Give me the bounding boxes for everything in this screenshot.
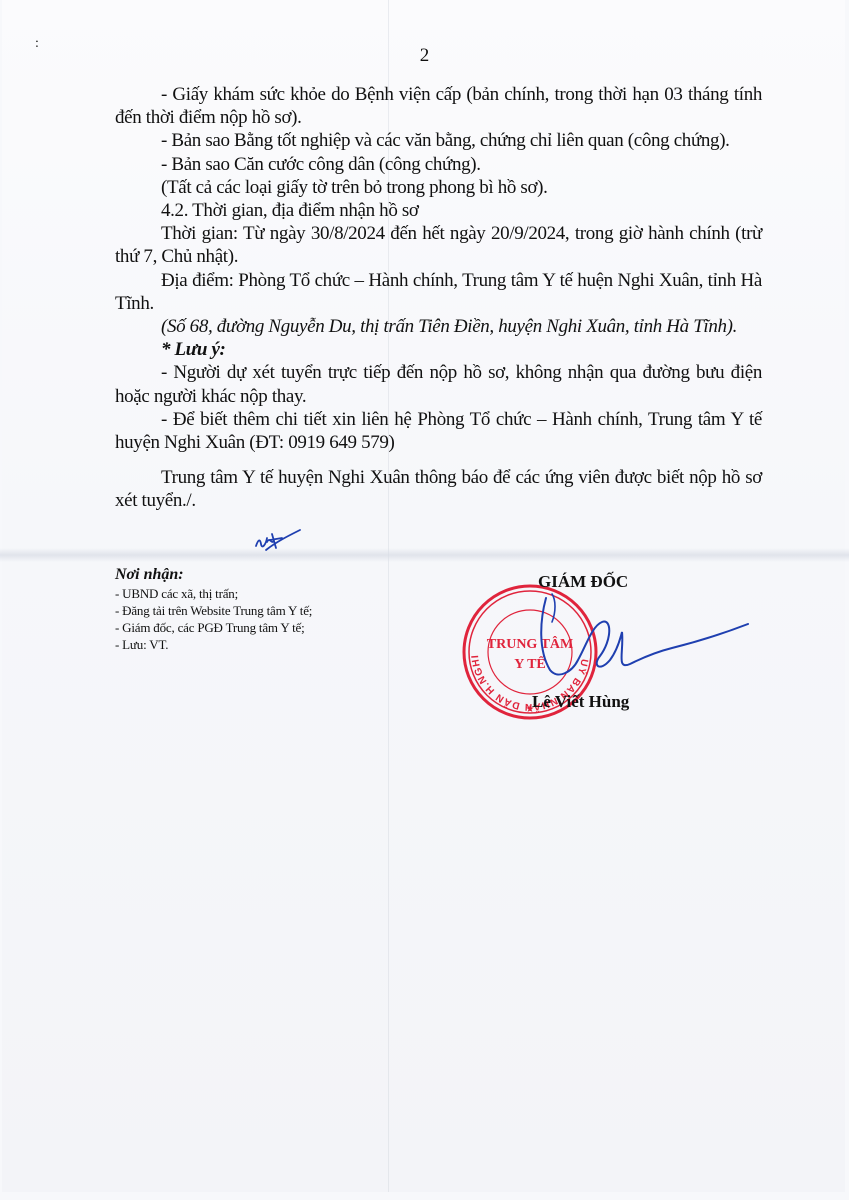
paragraph-submit-in-person: - Người dự xét tuyển trực tiếp đến nộp h… (115, 361, 762, 407)
paragraph-time: Thời gian: Từ ngày 30/8/2024 đến hết ngà… (115, 222, 762, 268)
recipient-item: - Giám đốc, các PGĐ Trung tâm Y tế; (115, 619, 415, 636)
recipient-item: - UBND các xã, thị trấn; (115, 585, 415, 602)
recipients-block: Nơi nhận: - UBND các xã, thị trấn; - Đăn… (115, 565, 415, 653)
recipient-item: - Đăng tải trên Website Trung tâm Y tế; (115, 602, 415, 619)
paragraph-contact: - Để biết thêm chi tiết xin liên hệ Phòn… (115, 408, 762, 454)
section-heading-4-2: 4.2. Thời gian, địa điểm nhận hồ sơ (115, 199, 762, 222)
paragraph-diploma-copy: - Bản sao Bằng tốt nghiệp và các văn bằn… (115, 129, 762, 152)
paragraph-health-certificate: - Giấy khám sức khỏe do Bệnh viện cấp (b… (115, 83, 762, 129)
paragraph-location: Địa điểm: Phòng Tổ chức – Hành chính, Tr… (115, 269, 762, 315)
page-number: 2 (0, 45, 849, 67)
paragraph-address: (Số 68, đường Nguyễn Du, thị trấn Tiên Đ… (115, 315, 762, 338)
initials-signature-icon (252, 526, 302, 556)
paragraph-closing: Trung tâm Y tế huyện Nghi Xuân thông báo… (115, 466, 762, 512)
paragraph-id-copy: - Bản sao Căn cước công dân (công chứng)… (115, 153, 762, 176)
signer-name: Lê Viết Hùng (532, 692, 629, 712)
recipient-item: - Lưu: VT. (115, 636, 415, 653)
signature-block: UỶ BAN NHÂN DÂN H.NGHI XUÂN T.HÀ TĨNH TR… (460, 560, 760, 720)
document-body: - Giấy khám sức khỏe do Bệnh viện cấp (b… (115, 83, 762, 513)
recipients-title: Nơi nhận: (115, 565, 415, 585)
paragraph-envelope-note: (Tất cả các loại giấy tờ trên bỏ trong p… (115, 176, 762, 199)
note-heading: * Lưu ý: (115, 338, 762, 361)
